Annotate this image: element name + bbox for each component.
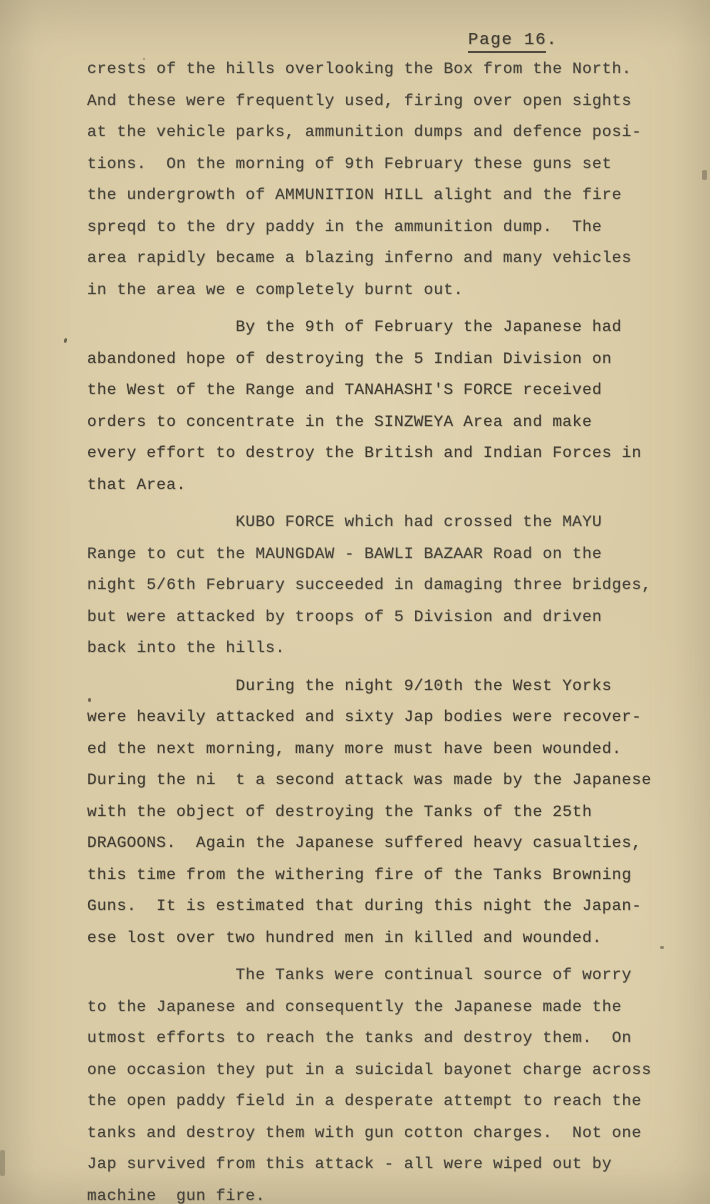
document-body: crests of the hills overlooking the Box … xyxy=(87,54,677,1204)
typed-line: the open paddy field in a desperate atte… xyxy=(87,1086,677,1118)
typed-line: DRAGOONS. Again the Japanese suffered he… xyxy=(87,828,677,860)
typed-line: Guns. It is estimated that during this n… xyxy=(87,891,677,923)
paper-speck xyxy=(660,946,664,949)
typed-line: Jap survived from this attack - all were… xyxy=(87,1149,677,1181)
typed-line: at the vehicle parks, ammunition dumps a… xyxy=(87,117,677,149)
typed-line: back into the hills. xyxy=(87,633,677,665)
typed-line: Range to cut the MAUNGDAW - BAWLI BAZAAR… xyxy=(87,539,677,571)
typed-line: By the 9th of February the Japanese had xyxy=(87,312,677,344)
typed-line: During the night 9/10th the West Yorks xyxy=(87,671,677,703)
typed-line: And these were frequently used, firing o… xyxy=(87,86,677,118)
typed-line: this time from the withering fire of the… xyxy=(87,860,677,892)
typed-line: utmost efforts to reach the tanks and de… xyxy=(87,1023,677,1055)
typed-line: orders to concentrate in the SINZWEYA Ar… xyxy=(87,407,677,439)
paper-speck xyxy=(63,338,67,344)
typed-line: The Tanks were continual source of worry xyxy=(87,960,677,992)
typed-line: During the ni t a second attack was made… xyxy=(87,765,677,797)
paragraph: crests of the hills overlooking the Box … xyxy=(87,54,677,306)
typed-line: one occasion they put in a suicidal bayo… xyxy=(87,1055,677,1087)
typed-line: crests of the hills overlooking the Box … xyxy=(87,54,677,86)
paper-speck xyxy=(143,58,145,60)
paragraph: During the night 9/10th the West Yorkswe… xyxy=(87,671,677,955)
typed-line: in the area we e completely burnt out. xyxy=(87,275,677,307)
paper-speck xyxy=(702,170,707,180)
typed-line: spreqd to the dry paddy in the ammunitio… xyxy=(87,212,677,244)
typed-line: machine gun fire. xyxy=(87,1181,677,1204)
typed-line: that Area. xyxy=(87,470,677,502)
typed-line: with the object of destroying the Tanks … xyxy=(87,797,677,829)
paragraph: By the 9th of February the Japanese hada… xyxy=(87,312,677,501)
typed-line: the West of the Range and TANAHASHI'S FO… xyxy=(87,375,677,407)
paragraph: KUBO FORCE which had crossed the MAYURan… xyxy=(87,507,677,665)
typed-line: night 5/6th February succeeded in damagi… xyxy=(87,570,677,602)
paper-speck xyxy=(0,1150,5,1176)
typed-line: KUBO FORCE which had crossed the MAYU xyxy=(87,507,677,539)
typed-line: tions. On the morning of 9th February th… xyxy=(87,149,677,181)
page-number-period: . xyxy=(546,31,557,50)
typed-line: abandoned hope of destroying the 5 India… xyxy=(87,344,677,376)
paragraph: The Tanks were continual source of worry… xyxy=(87,960,677,1204)
typed-line: ese lost over two hundred men in killed … xyxy=(87,923,677,955)
paper-speck xyxy=(88,698,91,702)
typed-line: ed the next morning, many more must have… xyxy=(87,734,677,766)
typed-line: every effort to destroy the British and … xyxy=(87,438,677,470)
typed-line: were heavily attacked and sixty Jap bodi… xyxy=(87,702,677,734)
page-number-label: Page 16 xyxy=(468,31,546,53)
typed-line: tanks and destroy them with gun cotton c… xyxy=(87,1118,677,1150)
typed-line: the undergrowth of AMMUNITION HILL aligh… xyxy=(87,180,677,212)
typed-line: but were attacked by troops of 5 Divisio… xyxy=(87,602,677,634)
typed-line: area rapidly became a blazing inferno an… xyxy=(87,243,677,275)
typed-line: to the Japanese and consequently the Jap… xyxy=(87,992,677,1024)
document-page: Page 16. crests of the hills overlooking… xyxy=(0,0,710,1204)
page-number-header: Page 16. xyxy=(468,31,558,50)
